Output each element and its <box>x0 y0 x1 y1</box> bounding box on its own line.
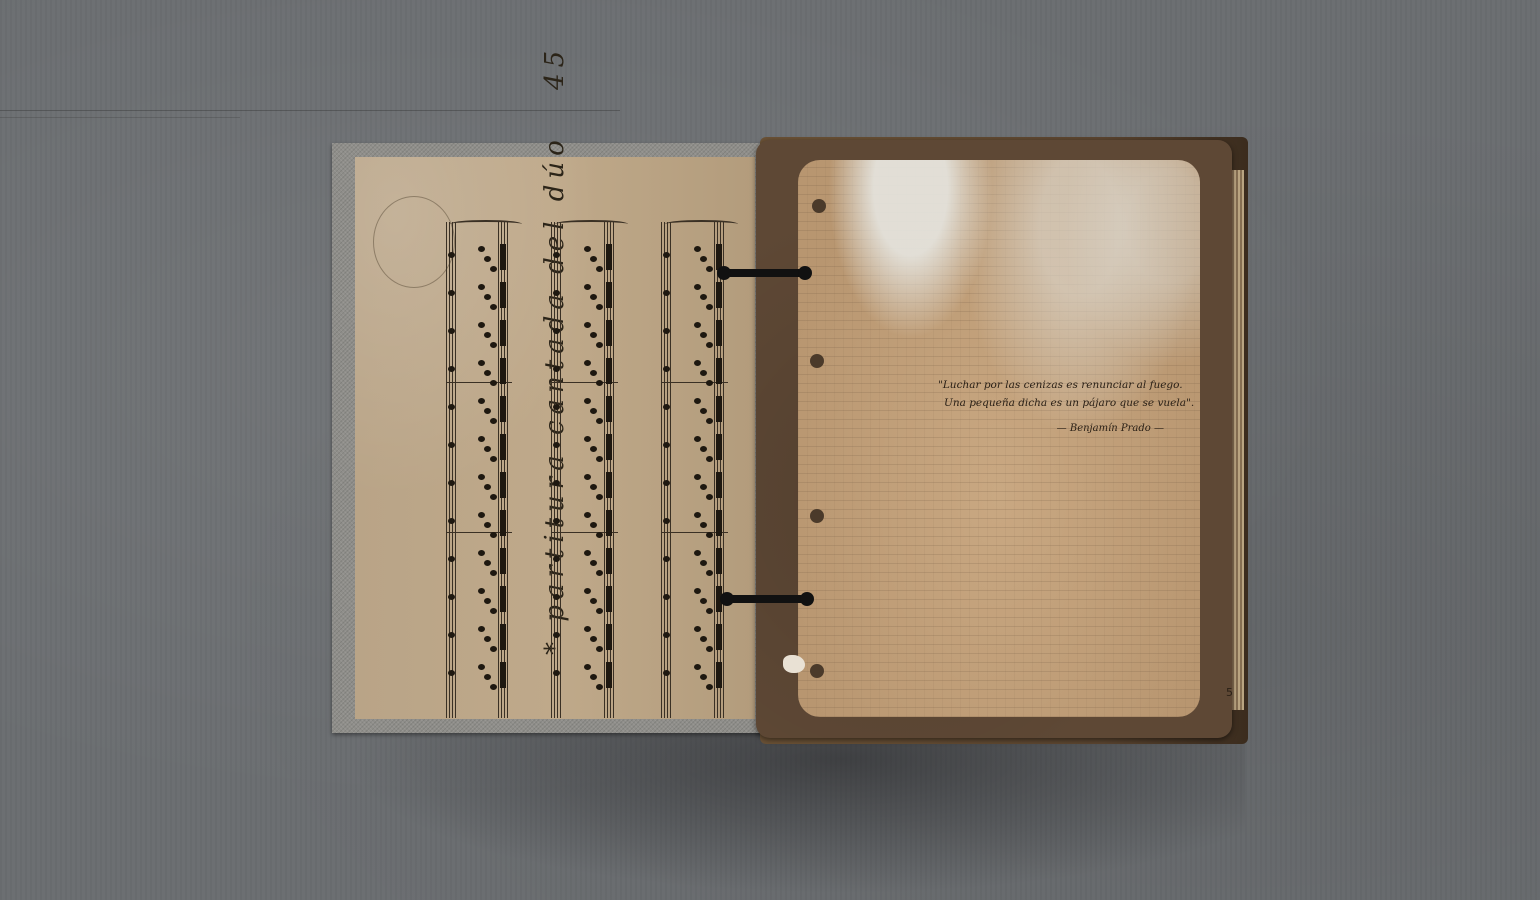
music-note <box>706 380 713 386</box>
music-note <box>694 626 701 632</box>
music-note <box>706 494 713 500</box>
music-note <box>663 442 670 448</box>
music-note <box>478 322 485 328</box>
music-note <box>478 360 485 366</box>
music-note <box>448 480 455 486</box>
music-note <box>700 522 707 528</box>
music-note <box>706 342 713 348</box>
note-beam <box>606 320 612 346</box>
music-note <box>590 446 597 452</box>
music-note <box>663 632 670 638</box>
music-note <box>448 404 455 410</box>
music-note <box>448 328 455 334</box>
staff-ornament <box>450 220 522 228</box>
music-note <box>490 342 497 348</box>
music-note <box>706 646 713 652</box>
music-note <box>553 594 560 600</box>
music-note <box>490 380 497 386</box>
music-note <box>663 594 670 600</box>
note-beam <box>606 244 612 270</box>
page-number-circle <box>373 196 455 288</box>
music-note <box>553 442 560 448</box>
music-note <box>478 512 485 518</box>
music-system <box>661 222 738 718</box>
music-note <box>553 328 560 334</box>
music-note <box>706 608 713 614</box>
music-note <box>663 252 670 258</box>
ruled-page <box>798 160 1200 717</box>
surface-crack <box>0 117 240 118</box>
music-note <box>663 518 670 524</box>
music-note <box>484 294 491 300</box>
music-note <box>663 670 670 676</box>
music-note <box>706 570 713 576</box>
note-beam <box>500 282 506 308</box>
note-beam <box>500 624 506 650</box>
music-note <box>484 522 491 528</box>
music-note <box>478 626 485 632</box>
music-note <box>484 446 491 452</box>
music-note <box>490 532 497 538</box>
music-note <box>694 322 701 328</box>
music-note <box>490 646 497 652</box>
staff-lines <box>551 222 563 718</box>
note-beam <box>606 662 612 688</box>
music-note <box>584 626 591 632</box>
music-note <box>584 664 591 670</box>
music-note <box>484 332 491 338</box>
music-note <box>584 474 591 480</box>
music-note <box>448 442 455 448</box>
music-note <box>478 550 485 556</box>
music-note <box>663 366 670 372</box>
binder-hole <box>810 354 824 368</box>
music-note <box>553 518 560 524</box>
music-note <box>553 632 560 638</box>
note-beam <box>716 548 722 574</box>
music-note <box>706 684 713 690</box>
binder-ring-end <box>798 266 812 280</box>
music-note <box>706 304 713 310</box>
music-note <box>590 598 597 604</box>
binder-ring-end <box>717 266 731 280</box>
music-note <box>694 474 701 480</box>
music-note <box>694 512 701 518</box>
music-system <box>446 222 522 718</box>
staff-lines <box>661 222 673 718</box>
music-note <box>448 594 455 600</box>
handwritten-page-number: 45 <box>540 45 570 90</box>
music-note <box>694 284 701 290</box>
note-beam <box>606 548 612 574</box>
music-note <box>484 408 491 414</box>
music-note <box>596 532 603 538</box>
music-note <box>694 664 701 670</box>
music-note <box>694 550 701 556</box>
note-beam <box>606 396 612 422</box>
music-note <box>553 366 560 372</box>
music-note <box>596 494 603 500</box>
note-beam <box>606 472 612 498</box>
note-beam <box>716 320 722 346</box>
quote-line: Una pequeña dicha es un pájaro que se vu… <box>938 394 1188 412</box>
note-beam <box>500 472 506 498</box>
music-note <box>596 456 603 462</box>
music-note <box>584 550 591 556</box>
music-note <box>490 570 497 576</box>
music-note <box>590 636 597 642</box>
music-note <box>484 674 491 680</box>
music-note <box>700 408 707 414</box>
music-note <box>590 522 597 528</box>
music-note <box>590 674 597 680</box>
music-note <box>448 632 455 638</box>
staff-lines <box>446 222 458 718</box>
note-beam <box>606 282 612 308</box>
torn-hole <box>783 655 805 673</box>
music-note <box>663 556 670 562</box>
music-note <box>584 436 591 442</box>
note-beam <box>716 624 722 650</box>
music-note <box>490 456 497 462</box>
music-note <box>584 246 591 252</box>
note-beam <box>500 510 506 536</box>
music-note <box>694 360 701 366</box>
music-note <box>596 418 603 424</box>
music-note <box>478 246 485 252</box>
note-beam <box>500 320 506 346</box>
music-note <box>700 446 707 452</box>
music-system <box>551 222 628 718</box>
music-note <box>478 588 485 594</box>
surface-crack <box>0 110 620 111</box>
music-note <box>490 494 497 500</box>
note-beam <box>606 586 612 612</box>
music-note <box>448 556 455 562</box>
music-note <box>584 512 591 518</box>
music-note <box>553 556 560 562</box>
quote-author: — Benjamín Prado — <box>938 420 1188 438</box>
music-note <box>596 304 603 310</box>
music-note <box>448 518 455 524</box>
note-beam <box>500 662 506 688</box>
music-note <box>596 342 603 348</box>
music-note <box>490 418 497 424</box>
binder-ring-end <box>720 592 734 606</box>
music-note <box>700 636 707 642</box>
music-note <box>590 560 597 566</box>
note-beam <box>716 396 722 422</box>
music-note <box>590 332 597 338</box>
handwritten-quote: "Luchar por las cenizas es renunciar al … <box>938 376 1188 438</box>
note-beam <box>716 662 722 688</box>
music-note <box>694 436 701 442</box>
music-note <box>490 684 497 690</box>
music-note <box>590 294 597 300</box>
music-note <box>478 284 485 290</box>
music-note <box>584 322 591 328</box>
note-beam <box>500 434 506 460</box>
quote-line: "Luchar por las cenizas es renunciar al … <box>938 376 1188 394</box>
note-beam <box>716 358 722 384</box>
note-beam <box>500 244 506 270</box>
note-beam <box>500 358 506 384</box>
music-note <box>484 636 491 642</box>
music-note <box>700 598 707 604</box>
note-beam <box>606 510 612 536</box>
music-note <box>478 398 485 404</box>
edge-page-number: 5 <box>1226 686 1233 699</box>
note-beam <box>500 548 506 574</box>
notebook-shadow <box>345 725 1245 895</box>
music-note <box>484 484 491 490</box>
note-beam <box>606 434 612 460</box>
music-note <box>553 290 560 296</box>
music-note <box>706 266 713 272</box>
music-note <box>484 598 491 604</box>
binder-ring-end <box>800 592 814 606</box>
note-beam <box>500 396 506 422</box>
music-note <box>596 684 603 690</box>
music-note <box>490 608 497 614</box>
music-note <box>694 588 701 594</box>
music-note <box>694 246 701 252</box>
music-note <box>663 328 670 334</box>
note-beam <box>606 358 612 384</box>
music-note <box>584 398 591 404</box>
music-note <box>490 266 497 272</box>
music-note <box>478 474 485 480</box>
music-note <box>706 456 713 462</box>
music-note <box>596 608 603 614</box>
music-note <box>553 404 560 410</box>
music-note <box>584 284 591 290</box>
note-beam <box>716 472 722 498</box>
music-note <box>706 532 713 538</box>
staff-ornament <box>555 220 628 228</box>
music-note <box>694 398 701 404</box>
music-note <box>448 252 455 258</box>
music-note <box>700 332 707 338</box>
music-note <box>484 256 491 262</box>
music-note <box>700 484 707 490</box>
music-note <box>700 560 707 566</box>
music-note <box>590 408 597 414</box>
staff-ornament <box>665 220 738 228</box>
binder-hole <box>810 664 824 678</box>
music-note <box>448 290 455 296</box>
music-note <box>700 294 707 300</box>
music-note <box>584 360 591 366</box>
music-note <box>663 290 670 296</box>
music-note <box>553 670 560 676</box>
music-note <box>700 256 707 262</box>
music-note <box>584 588 591 594</box>
binder-ring <box>722 269 808 277</box>
music-note <box>448 670 455 676</box>
music-note <box>590 484 597 490</box>
binder-hole <box>812 199 826 213</box>
note-beam <box>500 586 506 612</box>
music-note <box>590 370 597 376</box>
note-beam <box>716 510 722 536</box>
music-note <box>700 674 707 680</box>
music-note <box>553 480 560 486</box>
music-note <box>484 370 491 376</box>
note-beam <box>606 624 612 650</box>
music-note <box>596 266 603 272</box>
music-note <box>706 418 713 424</box>
music-note <box>478 664 485 670</box>
music-note <box>596 380 603 386</box>
music-note <box>663 480 670 486</box>
music-note <box>590 256 597 262</box>
music-note <box>700 370 707 376</box>
binder-hole <box>810 509 824 523</box>
music-note <box>596 570 603 576</box>
music-note <box>484 560 491 566</box>
binder-ring <box>725 595 811 603</box>
music-note <box>663 404 670 410</box>
note-beam <box>716 434 722 460</box>
note-beam <box>716 282 722 308</box>
music-note <box>448 366 455 372</box>
music-note <box>596 646 603 652</box>
music-note <box>490 304 497 310</box>
music-note <box>553 252 560 258</box>
music-note <box>478 436 485 442</box>
